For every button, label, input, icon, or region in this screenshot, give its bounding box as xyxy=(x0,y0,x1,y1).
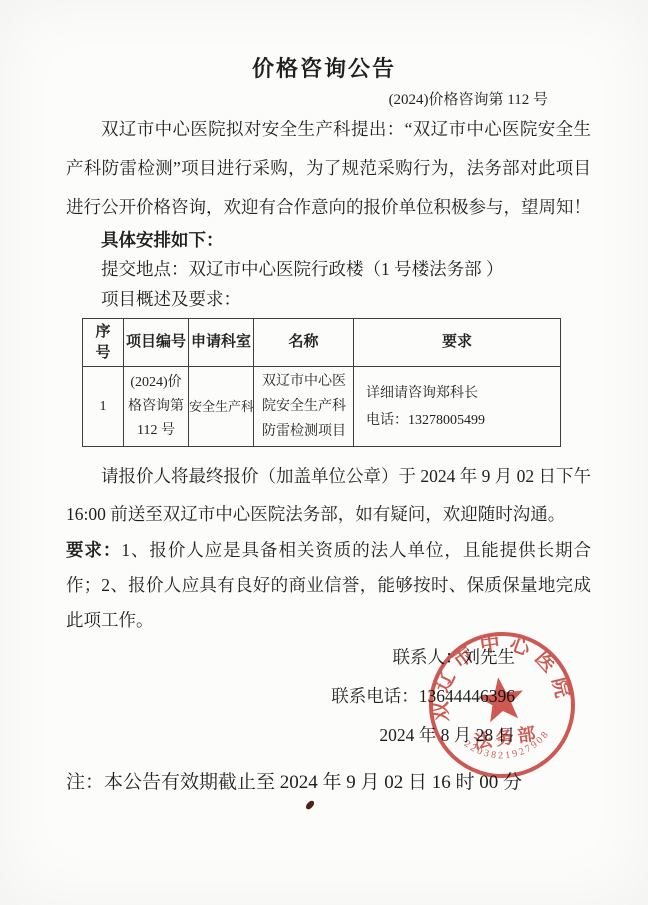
arrangement-heading: 具体安排如下： xyxy=(66,227,591,254)
star-icon xyxy=(476,674,527,723)
project-table: 序号 项目编号 申请科室 名称 要求 1 (2024)价格咨询第 112 号 安… xyxy=(82,318,561,447)
header-department: 申请科室 xyxy=(189,319,254,367)
header-seq: 序号 xyxy=(83,319,124,367)
requirements-text: 1、报价人应是具备相关资质的法人单位，且能提供长期合作；2、报价人应具有良好的商… xyxy=(66,540,591,630)
header-requirement: 要求 xyxy=(354,319,561,367)
table-row: 1 (2024)价格咨询第 112 号 安全生产科 双辽市中心医院安全生产科防雷… xyxy=(83,367,561,447)
requirement-phone-line: 电话：13278005499 xyxy=(366,407,558,434)
overview-heading: 项目概述及要求： xyxy=(66,284,591,314)
requirements-label: 要求： xyxy=(66,540,121,560)
cell-department: 安全生产科 xyxy=(189,367,254,447)
requirements-paragraph: 要求：1、报价人应是具备相关资质的法人单位，且能提供长期合作；2、报价人应具有良… xyxy=(66,533,591,638)
table-body: 1 (2024)价格咨询第 112 号 安全生产科 双辽市中心医院安全生产科防雷… xyxy=(83,367,561,447)
table-head: 序号 项目编号 申请科室 名称 要求 xyxy=(83,319,561,367)
page-title: 价格咨询公告 xyxy=(0,0,648,84)
header-name: 名称 xyxy=(254,319,354,367)
cell-seq: 1 xyxy=(83,367,124,447)
cell-project-no: (2024)价格咨询第 112 号 xyxy=(124,367,189,447)
table-header-row: 序号 项目编号 申请科室 名称 要求 xyxy=(83,319,561,367)
requirement-contact-line: 详细请咨询郑科长 xyxy=(366,380,558,407)
cell-requirement: 详细请咨询郑科长 电话：13278005499 xyxy=(354,367,561,447)
submit-location: 提交地点：双辽市中心医院行政楼（1 号楼法务部 ） xyxy=(66,254,591,284)
intro-paragraph: 双辽市中心医院拟对安全生产科提出：“双辽市中心医院安全生产科防雷检测”项目进行采… xyxy=(66,110,591,227)
deadline-paragraph: 请报价人将最终报价（加盖单位公章）于 2024 年 9 月 02 日下午 16:… xyxy=(66,457,591,533)
doc-number: (2024)价格咨询第 112 号 xyxy=(0,90,648,110)
document-page: 价格咨询公告 (2024)价格咨询第 112 号 双辽市中心医院拟对安全生产科提… xyxy=(0,0,648,905)
header-project-no: 项目编号 xyxy=(124,319,189,367)
cell-name: 双辽市中心医院安全生产科防雷检测项目 xyxy=(254,367,354,447)
official-seal-stamp: 双辽市中心医院 法务部 2203821927908 xyxy=(414,617,590,793)
ink-speck xyxy=(305,799,316,811)
